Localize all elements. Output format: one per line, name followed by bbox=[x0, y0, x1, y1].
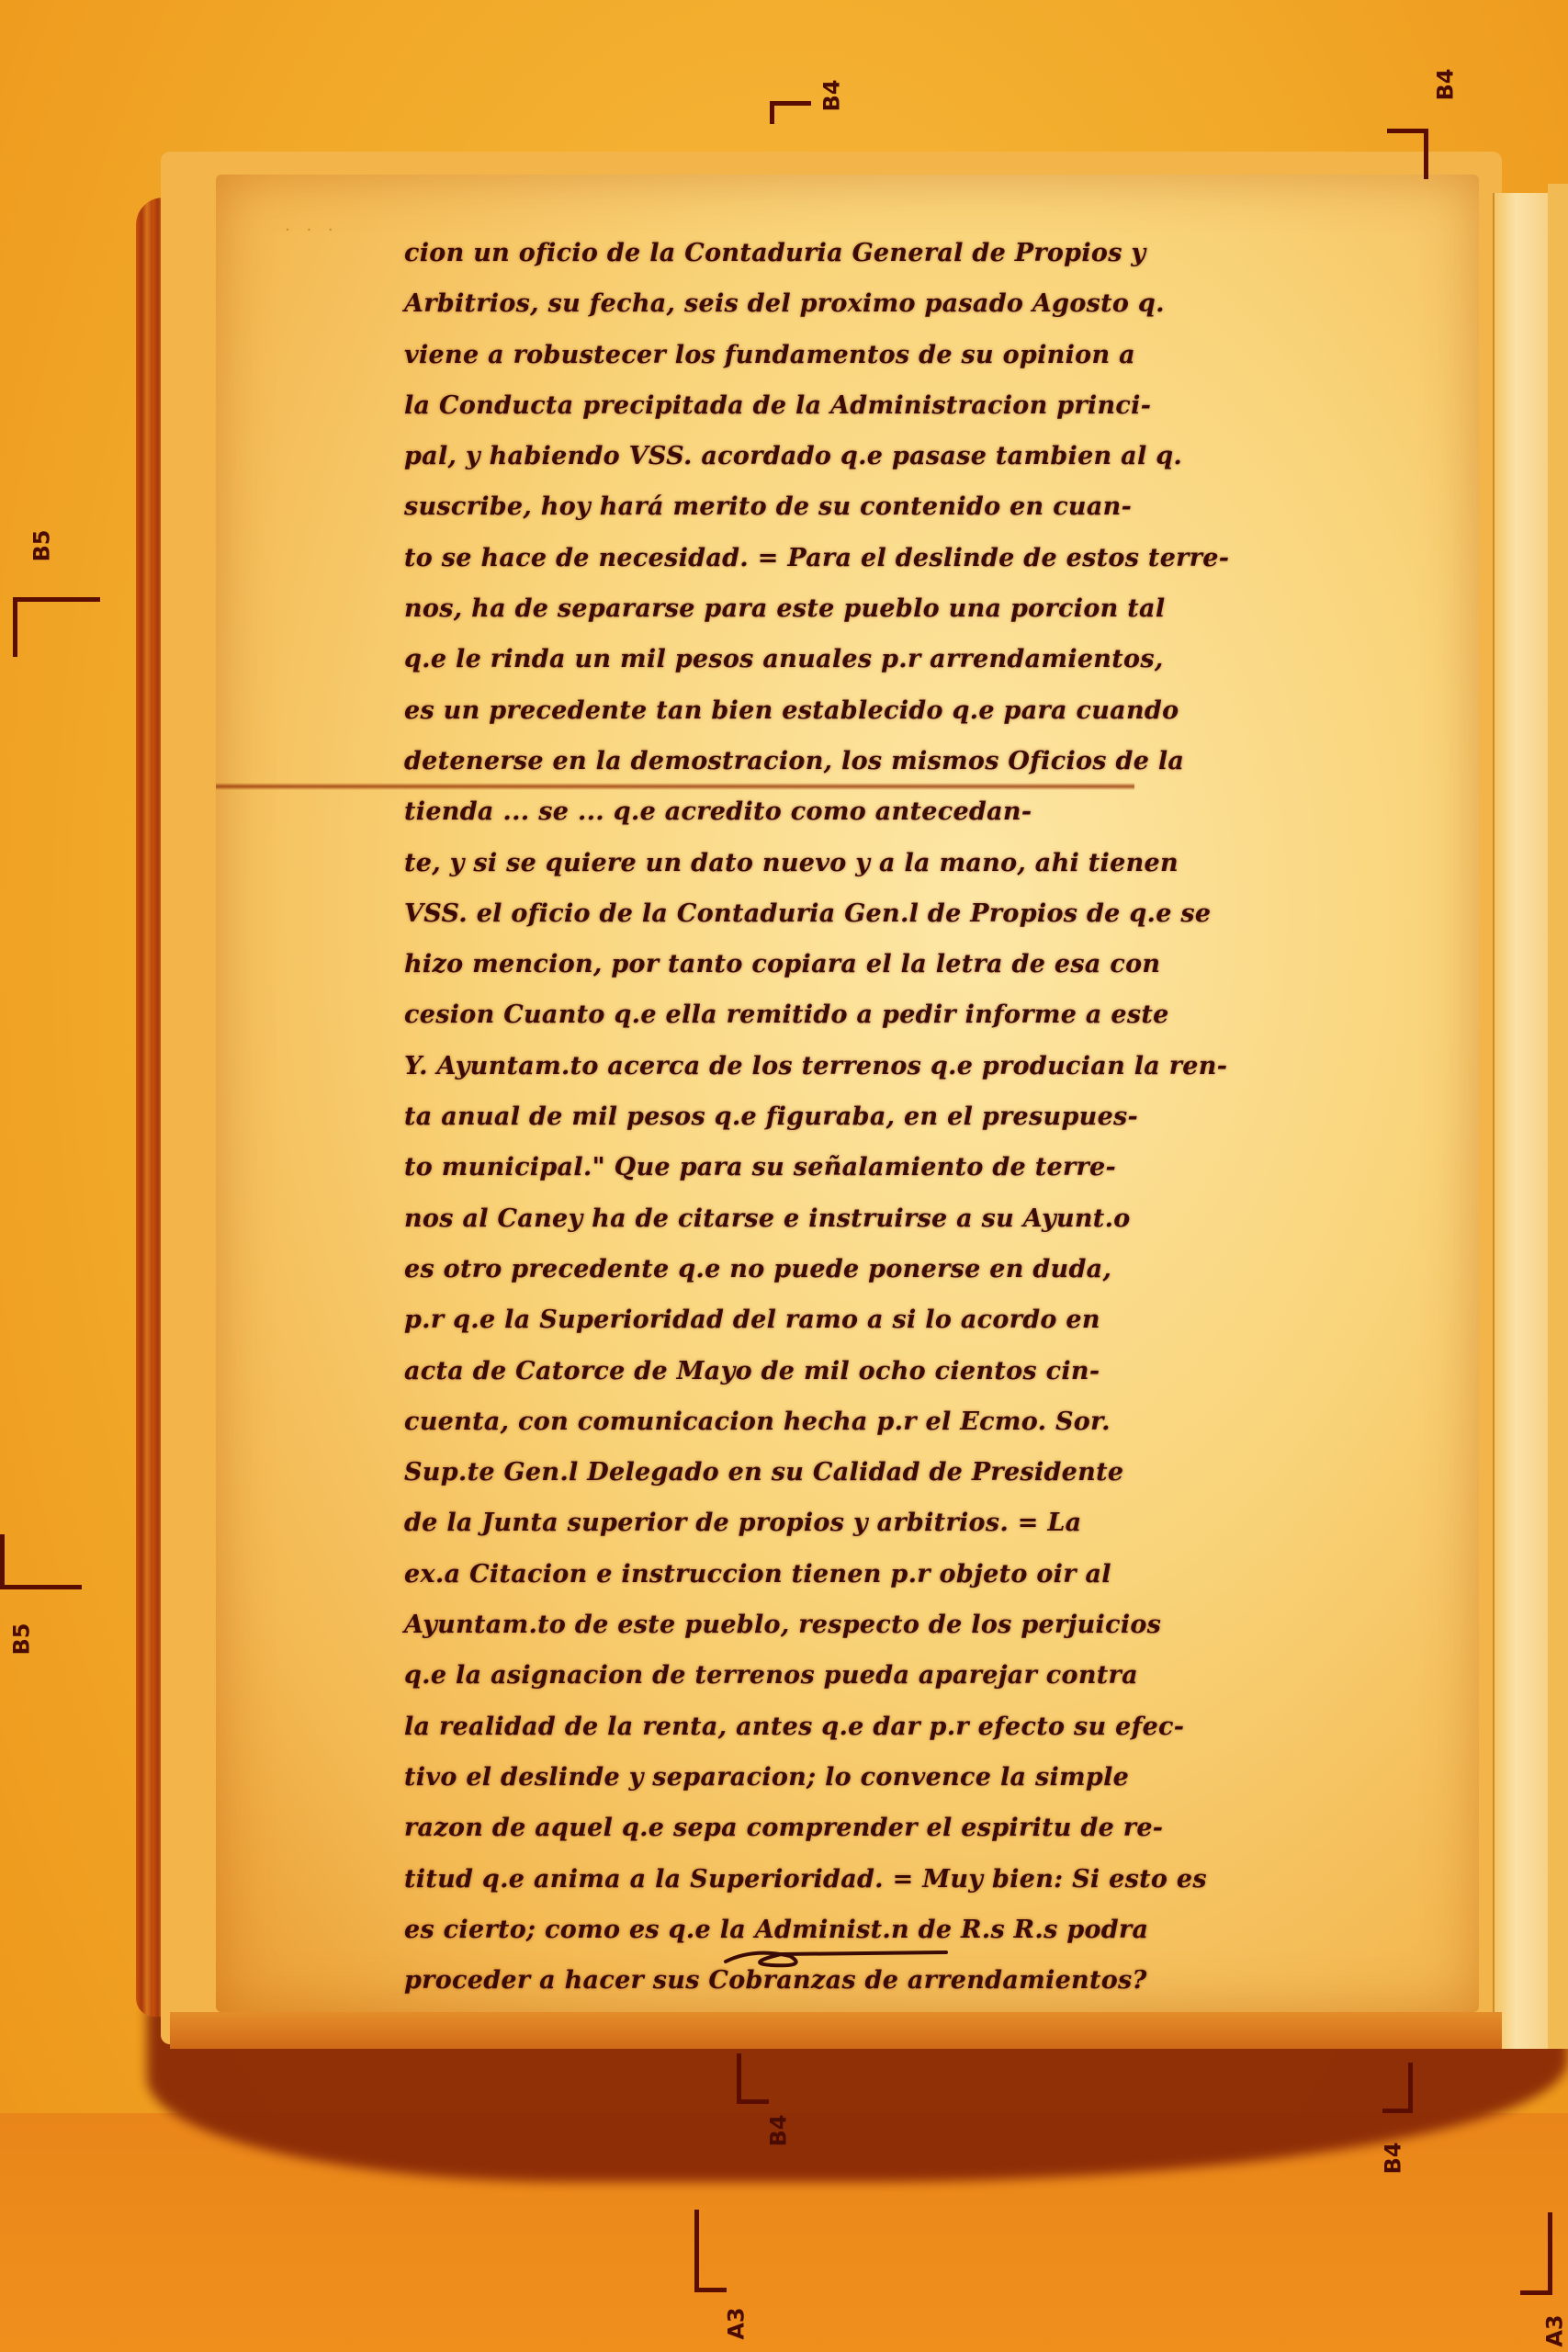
text-line: Y. Ayuntam.to acerca de los terrenos q.e… bbox=[404, 1041, 1488, 1091]
text-line: razon de aquel q.e sepa comprender el es… bbox=[404, 1803, 1488, 1853]
text-line: nos al Caney ha de citarse e instruirse … bbox=[404, 1193, 1488, 1244]
text-line: la realidad de la renta, antes q.e dar p… bbox=[404, 1702, 1488, 1752]
text-line: suscribe, hoy hará merito de su contenid… bbox=[404, 481, 1488, 532]
text-line: to se hace de necesidad. = Para el desli… bbox=[404, 533, 1488, 583]
text-line: acta de Catorce de Mayo de mil ocho cien… bbox=[404, 1346, 1488, 1396]
text-line: Sup.te Gen.l Delegado en su Calidad de P… bbox=[404, 1447, 1488, 1498]
manuscript-text: cion un oficio de la Contaduria General … bbox=[404, 228, 1488, 2006]
text-line: ta anual de mil pesos q.e figuraba, en e… bbox=[404, 1091, 1488, 1142]
text-line: p.r q.e la Superioridad del ramo a si lo… bbox=[404, 1295, 1488, 1345]
text-line: nos, ha de separarse para este pueblo un… bbox=[404, 583, 1488, 634]
text-line: ex.a Citacion e instruccion tienen p.r o… bbox=[404, 1549, 1488, 1600]
text-line: cuenta, con comunicacion hecha p.r el Ec… bbox=[404, 1396, 1488, 1447]
text-line: VSS. el oficio de la Contaduria Gen.l de… bbox=[404, 888, 1488, 939]
text-line: Ayuntam.to de este pueblo, respecto de l… bbox=[404, 1600, 1488, 1650]
text-line: te, y si se quiere un dato nuevo y a la … bbox=[404, 838, 1488, 888]
text-line: titud q.e anima a la Superioridad. = Muy… bbox=[404, 1854, 1488, 1905]
adjacent-page-edge bbox=[1548, 184, 1568, 2049]
text-line: viene a robustecer los fundamentos de su… bbox=[404, 330, 1488, 380]
text-line: q.e le rinda un mil pesos anuales p.r ar… bbox=[404, 634, 1488, 684]
text-line: cesion Cuanto q.e ella remitido a pedir … bbox=[404, 989, 1488, 1040]
text-line: hizo mencion, por tanto copiara el la le… bbox=[404, 939, 1488, 989]
text-line: detenerse en la demostracion, los mismos… bbox=[404, 736, 1488, 786]
text-line: es un precedente tan bien establecido q.… bbox=[404, 685, 1488, 736]
binding-strip bbox=[1493, 193, 1550, 2049]
closing-flourish bbox=[716, 1943, 955, 1971]
text-line: Arbitrios, su fecha, seis del proximo pa… bbox=[404, 278, 1488, 329]
text-line: pal, y habiendo VSS. acordado q.e pasase… bbox=[404, 431, 1488, 481]
text-line: tienda ... se ... q.e acredito como ante… bbox=[404, 786, 1488, 837]
text-line: to municipal." Que para su señalamiento … bbox=[404, 1142, 1488, 1193]
page-bottom-edge bbox=[170, 2012, 1502, 2049]
text-line: cion un oficio de la Contaduria General … bbox=[404, 228, 1488, 278]
text-line: de la Junta superior de propios y arbitr… bbox=[404, 1498, 1488, 1548]
text-line: es otro precedente q.e no puede ponerse … bbox=[404, 1244, 1488, 1295]
text-line: q.e la asignacion de terrenos pueda apar… bbox=[404, 1650, 1488, 1701]
text-line: la Conducta precipitada de la Administra… bbox=[404, 380, 1488, 431]
faint-ink-mark: · · · bbox=[285, 220, 339, 240]
text-line: tivo el deslinde y separacion; lo conven… bbox=[404, 1752, 1488, 1803]
